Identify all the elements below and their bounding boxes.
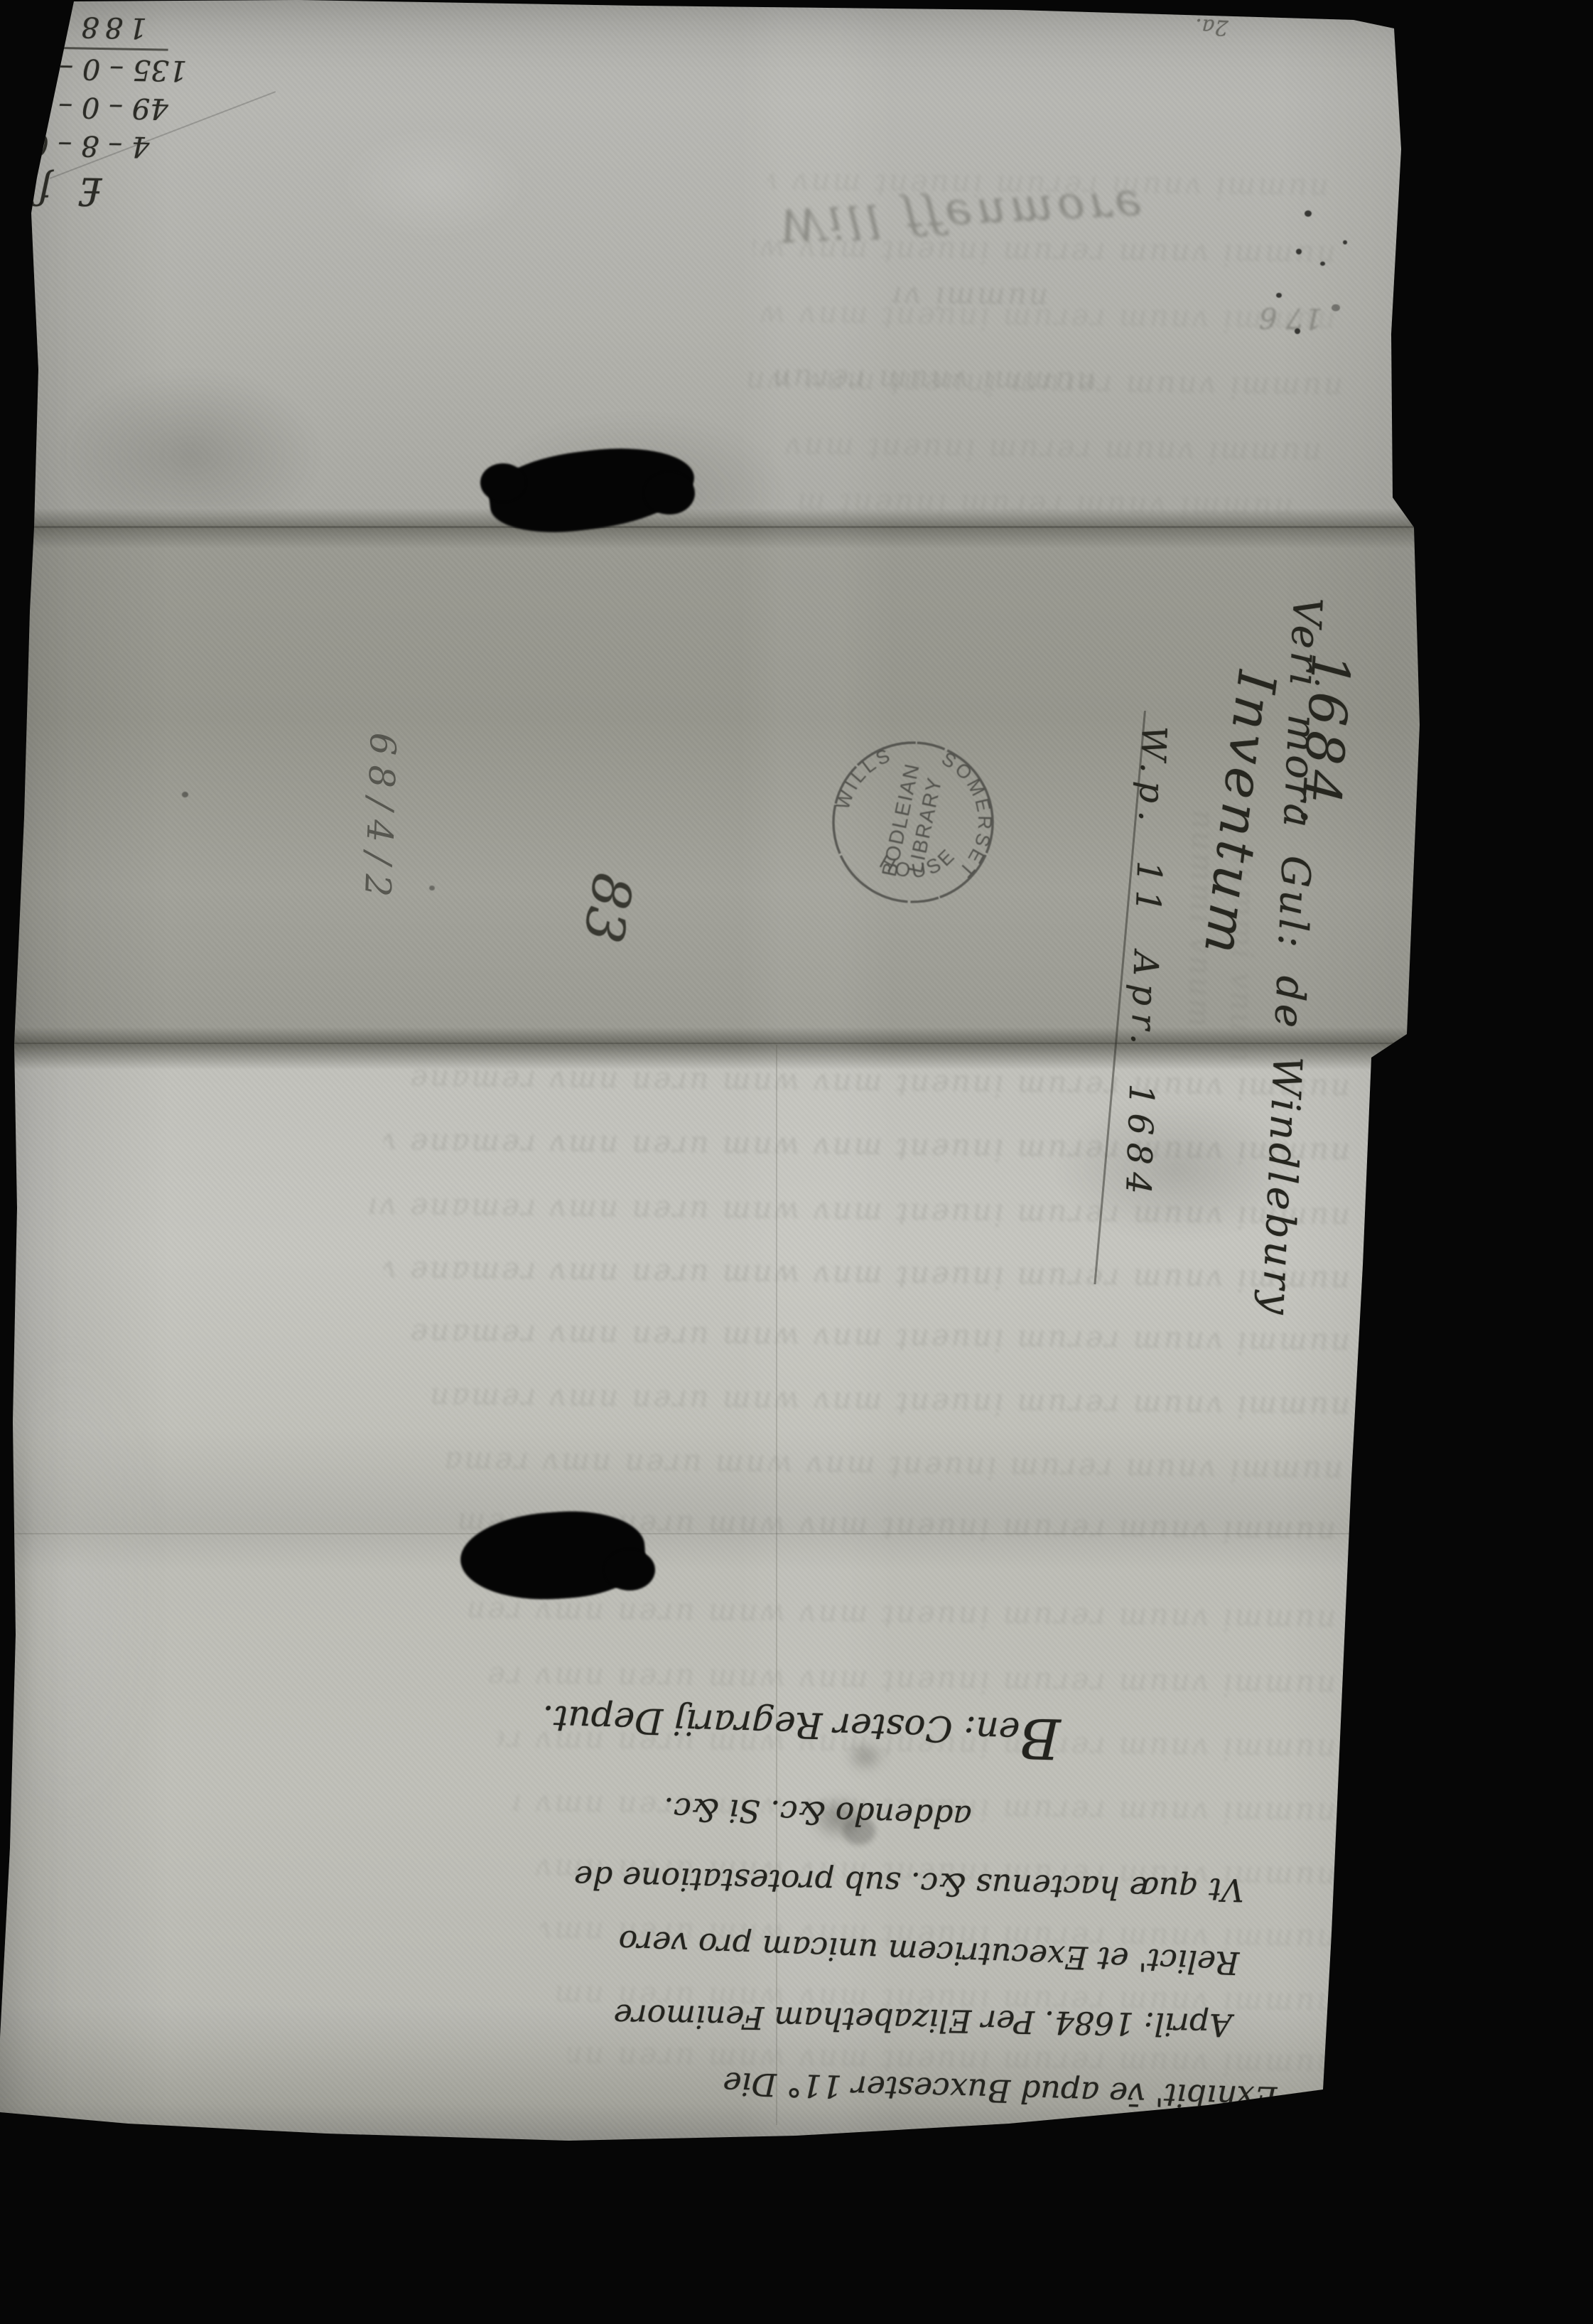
bleedthrough-row: nummi vnum rerum inuent mnv wnm uren nmv… [767,431,1322,471]
ink-speck [843,1817,875,1845]
accounts-row: 4 – 8 – 0 [31,125,244,167]
faint-jotting: 17 6 [1259,301,1323,335]
endorsement-line: Exhibit' v̄e apud Buxcester 11° Die [604,2045,1278,2131]
paper-hole-lower-lobe [604,1549,655,1591]
corner-jotting: 2a. [1194,14,1228,40]
bleedthrough-row: nummi vnum rerum inuent mnv wnm uren nmv… [776,362,1096,401]
ink-speck [1276,293,1282,298]
accounts-row: 135 – 0 – 0 [32,48,246,90]
bleedthrough-row: nummi vnum rerum inuent mnv wnm uren nmv… [892,280,1049,316]
ink-speck [429,886,435,891]
registrar-signature: Ben: Coster Regrarij Deput. [613,1682,1062,1770]
fold-crease-upper [28,526,1414,528]
ink-speck [1295,328,1300,334]
ink-speck [1320,262,1325,266]
library-stamp: WILLS SOMERSET HOUSE BODLEIAN LIBRARY [808,717,1018,927]
ink-speck [1332,304,1340,311]
paper-hole-upper-lobe [480,463,526,502]
accounts-row: 49 – 0 – 0 [31,87,245,129]
bleedthrough-row: nummi vnum rerum inuent mnv wnm uren nmv… [760,299,1336,340]
ink-speck [1296,249,1302,254]
accounts-jottings: £ ſ 4 – 8 – 0 49 – 0 – 0 135 – 0 – 0 188… [29,6,246,219]
ink-speck [1305,210,1312,217]
stamp-word-wills: WILLS [824,743,901,814]
svg-text:WILLS: WILLS [824,743,901,814]
paper-sheet: nummi vnum rerum inuent mnv wnm uren nmv… [0,0,1593,2324]
ink-speck [182,792,188,797]
scan-page: nummi vnum rerum inuent mnv wnm uren nmv… [0,0,1593,2324]
paper-hole-upper-lobe [644,472,695,515]
latin-endorsement: Exhibit' v̄e apud Buxcester 11° Die Apri… [604,1682,1287,2131]
endorsement-line: Vt quæ hactenus &c. sub protestatione de [610,1844,1245,1924]
ink-scribble: 83 [571,869,645,948]
accounts-total: 188 8 [33,6,169,50]
shelfmark-pencil: 68/4/2 [356,732,404,908]
endorsement-line: addendo &c. Si &c. [611,1773,972,1851]
accounts-row: £ ſ [29,163,243,219]
bleedthrough-row: nummi vnum rerum inuent mnv wnm uren nmv… [796,486,1293,526]
ink-speck [1343,240,1347,244]
